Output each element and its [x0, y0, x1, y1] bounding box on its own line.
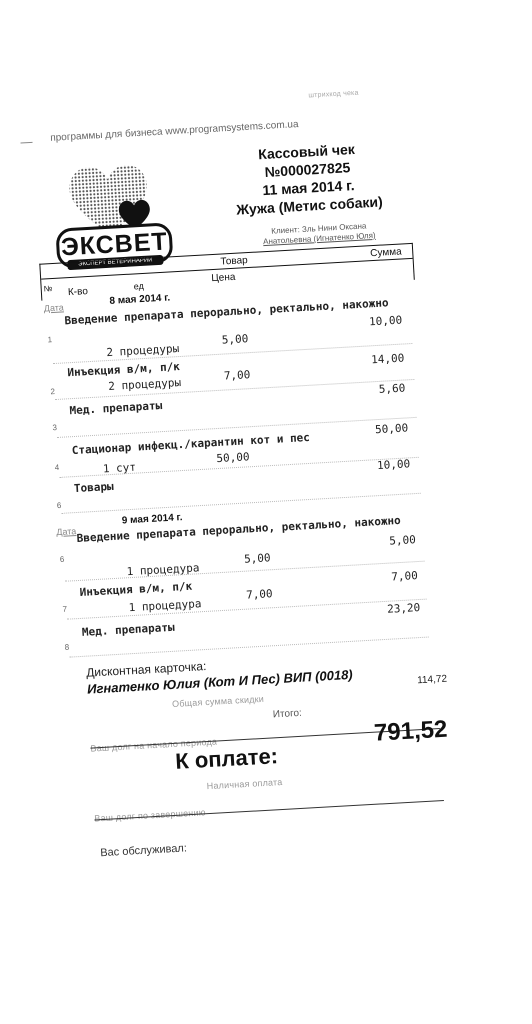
row-number: 3 — [52, 423, 57, 432]
divider — [61, 493, 420, 514]
logo: ЭКСВЕТ ЭКСПЕРТ ВЕТЕРИНАРИИ — [52, 156, 178, 273]
item-price: 5,00 — [221, 332, 248, 346]
col-sum: Сумма — [370, 246, 402, 259]
col-no: № — [43, 284, 52, 293]
discount-sum-value: 114,72 — [417, 674, 447, 687]
served-by-label: Вас обслуживал: — [100, 842, 187, 859]
receipt-title: Кассовый чек №000027825 11 мая 2014 г. Ж… — [231, 138, 385, 218]
item-name: Мед. препараты — [69, 399, 162, 417]
row-number: 1 — [47, 335, 52, 344]
total-label: Итого: — [273, 708, 303, 721]
program-line: программы для бизнеса www.programsystems… — [50, 119, 299, 144]
paid-label: Наличная оплата — [206, 777, 282, 791]
item-name: Инъекция в/м, п/к — [79, 580, 192, 599]
divider — [69, 637, 428, 658]
item-sum: 10,00 — [369, 314, 403, 329]
item-price: 50,00 — [216, 450, 250, 465]
top-faint-text: штрихкод чека — [308, 90, 359, 100]
date-label: Дата — [44, 302, 64, 313]
row-number: 2 — [50, 387, 55, 396]
item-price: 7,00 — [246, 587, 273, 601]
to-pay-label: К оплате: — [175, 743, 279, 775]
to-pay-value: 791,52 — [373, 716, 448, 748]
col-price: Цена — [211, 272, 236, 284]
row-number: 6 — [57, 501, 62, 510]
item-name: Товары — [74, 480, 114, 495]
row-number: 6 — [60, 555, 65, 564]
item-qty: 2 процедуры — [108, 376, 181, 393]
item-sum: 5,00 — [389, 533, 416, 547]
item-price: 7,00 — [224, 368, 251, 382]
divider — [67, 599, 426, 620]
row-number: 4 — [54, 463, 59, 472]
group-date: 9 мая 2014 г. — [121, 512, 182, 526]
client-info: Клиент: Зль Нини Оксана Анатольевна (Игн… — [244, 220, 395, 248]
col-qty: К-во — [68, 286, 89, 298]
item-name: Мед. препараты — [82, 621, 175, 639]
row-number: 8 — [65, 643, 70, 652]
row-number: 7 — [62, 605, 67, 614]
item-sum: 50,00 — [375, 421, 409, 436]
item-sum: 10,00 — [377, 457, 411, 472]
date-label: Дата — [56, 526, 76, 537]
receipt: штрихкод чека программы для бизнеса www.… — [17, 59, 493, 912]
item-price: 5,00 — [244, 551, 271, 565]
divider — [21, 142, 33, 144]
discount-sum-label: Общая сумма скидки — [172, 694, 264, 709]
item-sum: 14,00 — [371, 351, 405, 366]
item-sum: 23,20 — [387, 601, 421, 616]
col-unit: ед — [133, 281, 144, 292]
group-date: 8 мая 2014 г. — [109, 292, 170, 306]
item-sum: 7,00 — [391, 569, 418, 583]
col-item: Товар — [220, 255, 248, 268]
item-sum: 5,60 — [378, 381, 405, 395]
